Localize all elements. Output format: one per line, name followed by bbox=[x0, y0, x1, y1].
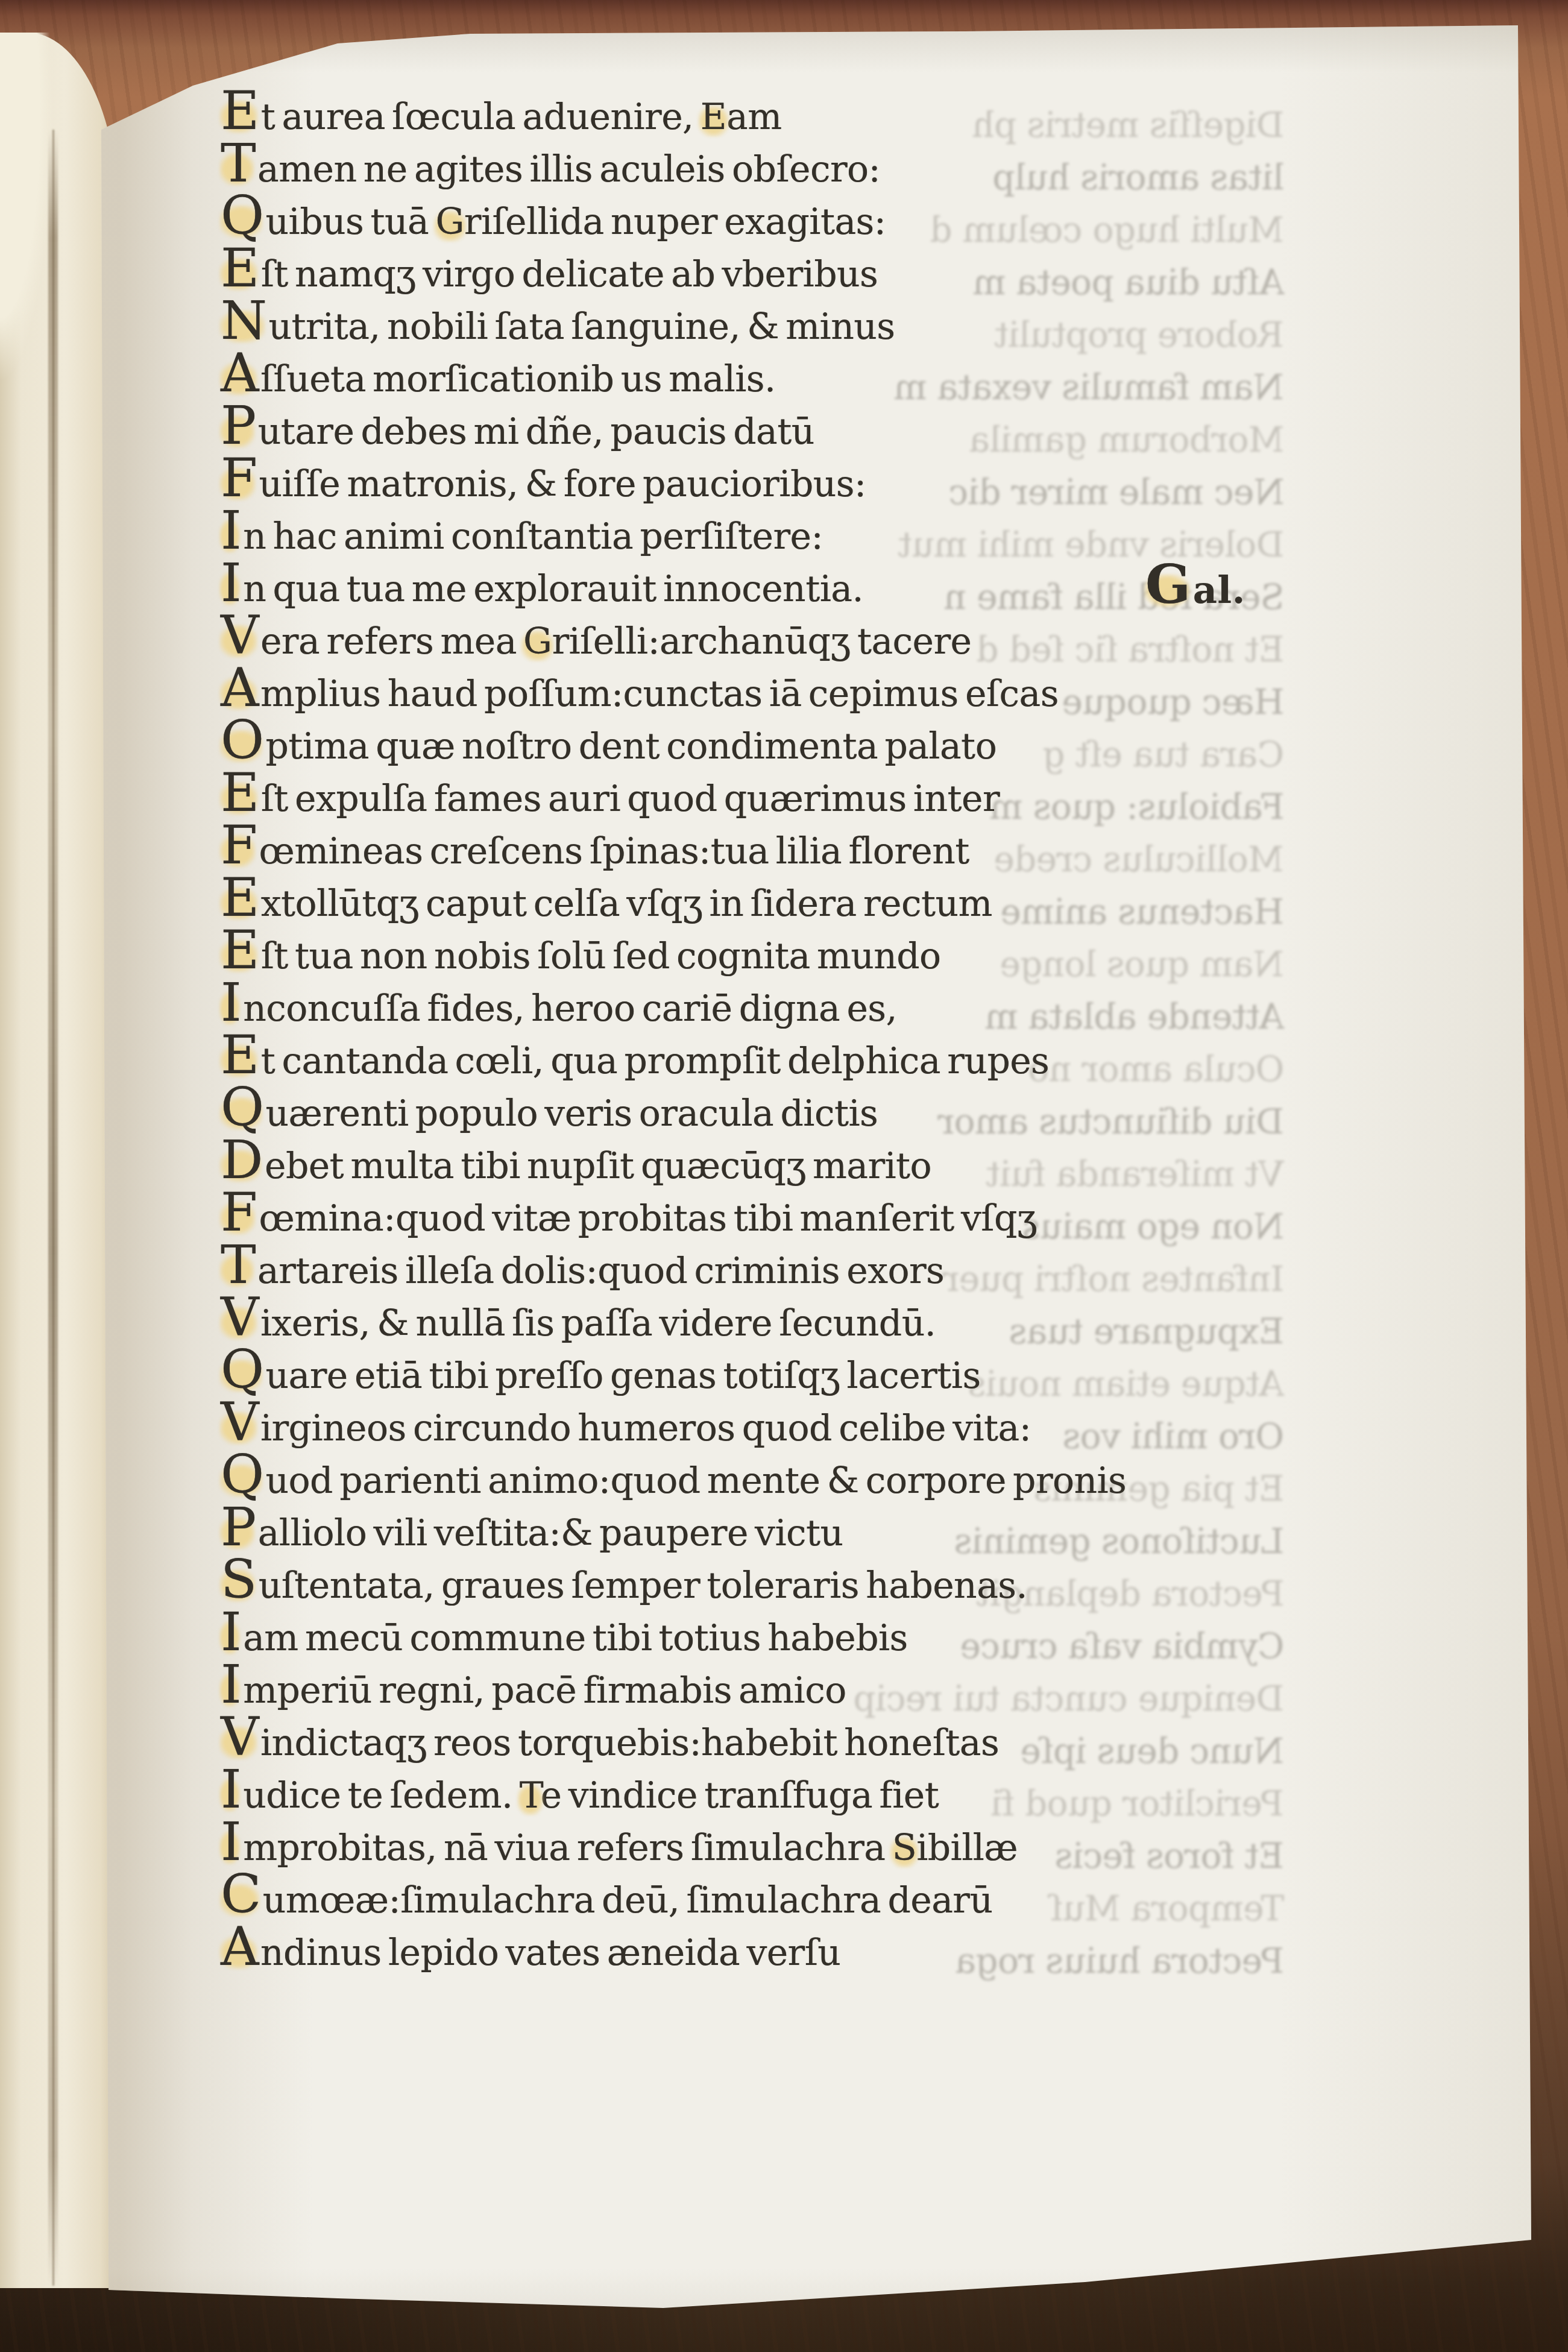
book-page-photo: Digeſſis metris phlitas amoris hulpMulti… bbox=[0, 0, 1568, 2352]
washed-initial-capital: Q bbox=[221, 1343, 264, 1396]
washed-initial-capital: P bbox=[221, 1501, 256, 1553]
washed-initial-capital: I bbox=[221, 1658, 241, 1710]
poem-line: Nutrita, nobili ſata ſanguine, & minus bbox=[221, 294, 1161, 347]
washed-initial-capital: I bbox=[221, 504, 241, 556]
washed-initial-capital: I bbox=[221, 1606, 241, 1658]
washed-initial-capital: D bbox=[221, 1133, 263, 1186]
poem-line: Vixeris, & nullā ſis paſſa videre ſecund… bbox=[221, 1291, 1161, 1343]
poem-line: Amplius haud poſſum:cunctas iā cepimus e… bbox=[221, 661, 1161, 714]
poem-line: Tamen ne agites illis aculeis obſecro: bbox=[221, 137, 1161, 189]
poem-line: Quærenti populo veris oracula dictis bbox=[221, 1081, 1161, 1133]
washed-initial-capital: F bbox=[221, 1186, 257, 1238]
washed-initial-capital: A bbox=[221, 661, 259, 714]
washed-initial-capital: I bbox=[221, 556, 241, 609]
washed-initial-capital: I bbox=[221, 1815, 241, 1868]
washed-initial-capital: T bbox=[221, 137, 256, 189]
poem-line: In qua tua me explorauit innocentia. bbox=[221, 556, 1161, 609]
washed-initial-capital: A bbox=[221, 347, 259, 399]
washed-initial-capital: Q bbox=[221, 1448, 264, 1501]
washed-capital: G bbox=[436, 201, 464, 243]
washed-initial-capital: E bbox=[221, 84, 259, 137]
washed-initial-capital: E bbox=[221, 924, 259, 976]
washed-initial-capital: F bbox=[221, 819, 257, 871]
poem-line: Iudice te ſedem. Te vindice tranſfuga fi… bbox=[221, 1763, 1161, 1815]
washed-capital: G bbox=[523, 620, 552, 663]
poem-line: Putare debes mi dñe, paucis datū bbox=[221, 399, 1161, 452]
poem-line: Improbitas, nā viua refers ſimulachra Si… bbox=[221, 1815, 1161, 1868]
washed-initial-capital: I bbox=[221, 1763, 241, 1815]
poem-line: Cumœæ:ſimulachra deū, ſimulachra dearū bbox=[221, 1868, 1161, 1920]
poem-line: Palliolo vili veſtita:& paupere victu bbox=[221, 1501, 1161, 1553]
washed-initial-capital: Q bbox=[221, 1081, 264, 1133]
washed-initial-capital: E bbox=[221, 1029, 259, 1081]
washed-initial-capital: E bbox=[221, 242, 259, 294]
poem-line: In hac animi conſtantia perſiſtere: bbox=[221, 504, 1161, 556]
poem-line: Et aurea ſœcula aduenire, Eam bbox=[221, 84, 1161, 137]
poem-line: Vindictaqʒ reos torquebis:habebit honeſt… bbox=[221, 1710, 1161, 1763]
poem-line: Imperiū regni, pacē firmabis amico bbox=[221, 1658, 1161, 1710]
poem-line: Fuiſſe matronis, & fore paucioribus: bbox=[221, 452, 1161, 504]
poem-line: Eſt namqʒ virgo delicate ab vberibus bbox=[221, 242, 1161, 294]
gutter-crease bbox=[48, 130, 58, 2286]
poem-line: Et cantanda cœli, qua prompſit delphica … bbox=[221, 1029, 1161, 1081]
poem-line: Suſtentata, graues ſemper toleraris habe… bbox=[221, 1553, 1161, 1606]
poem-line: Vera refers mea Griſelli:archanūqʒ tacer… bbox=[221, 609, 1161, 661]
poem-line: Fœmina:quod vitæ probitas tibi manſerit … bbox=[221, 1186, 1161, 1238]
poem-line: Optima quæ noſtro dent condimenta palato bbox=[221, 714, 1161, 766]
washed-initial-capital: E bbox=[221, 871, 259, 924]
washed-initial-capital: S bbox=[221, 1553, 257, 1606]
washed-initial-capital: E bbox=[221, 766, 259, 819]
washed-initial-capital: A bbox=[221, 1920, 259, 1973]
margin-note: Gal. bbox=[1145, 558, 1245, 612]
washed-initial-capital: T bbox=[221, 1238, 256, 1291]
washed-initial-capital: F bbox=[221, 452, 257, 504]
washed-capital: S bbox=[892, 1827, 917, 1869]
book-fore-edge-pages bbox=[0, 33, 118, 2288]
poem-line: Aſſueta morſicationib us malis. bbox=[221, 347, 1161, 399]
washed-initial-capital: I bbox=[221, 976, 241, 1029]
poem-line: Andinus lepido vates æneida verſu bbox=[221, 1920, 1161, 1973]
washed-initial-capital: C bbox=[221, 1868, 261, 1920]
poem-line: Iam mecū commune tibi totius habebis bbox=[221, 1606, 1161, 1658]
washed-capital: T bbox=[520, 1774, 541, 1817]
poem-line: Tartareis illeſa dolis:quod criminis exo… bbox=[221, 1238, 1161, 1291]
washed-initial-capital: V bbox=[221, 1291, 259, 1343]
washed-capital: E bbox=[701, 96, 726, 138]
poem-text-block: Et aurea ſœcula aduenire, EamTamen ne ag… bbox=[221, 84, 1161, 1973]
poem-line: Eſt tua non nobis ſolū ſed cognita mundo bbox=[221, 924, 1161, 976]
poem-line: Quare etiā tibi preſſo genas totiſqʒ lac… bbox=[221, 1343, 1161, 1396]
washed-initial-capital: V bbox=[221, 609, 259, 661]
poem-line: Debet multa tibi nupſit quæcūqʒ marito bbox=[221, 1133, 1161, 1186]
washed-initial-capital: N bbox=[221, 294, 266, 347]
poem-line: Eſt expulſa fames auri quod quærimus int… bbox=[221, 766, 1161, 819]
washed-initial-capital: V bbox=[221, 1710, 259, 1763]
washed-initial-capital: O bbox=[221, 714, 264, 766]
poem-line: Fœmineas creſcens ſpinas:tua lilia flore… bbox=[221, 819, 1161, 871]
washed-initial-capital: P bbox=[221, 399, 256, 452]
poem-line: Extollūtqʒ caput celſa vſqʒ in ſidera re… bbox=[221, 871, 1161, 924]
washed-initial-capital: Q bbox=[221, 189, 264, 242]
poem-line: Virgineos circundo humeros quod celibe v… bbox=[221, 1396, 1161, 1448]
poem-line: Inconcuſſa fides, heroo cariē digna es, bbox=[221, 976, 1161, 1029]
poem-line: Quibus tuā Griſellida nuper exagitas: bbox=[221, 189, 1161, 242]
poem-line: Quod parienti animo:quod mente & corpore… bbox=[221, 1448, 1161, 1501]
book-page: Digeſſis metris phlitas amoris hulpMulti… bbox=[0, 0, 1568, 2352]
washed-initial-capital: G bbox=[1145, 558, 1191, 611]
washed-initial-capital: V bbox=[221, 1396, 259, 1448]
